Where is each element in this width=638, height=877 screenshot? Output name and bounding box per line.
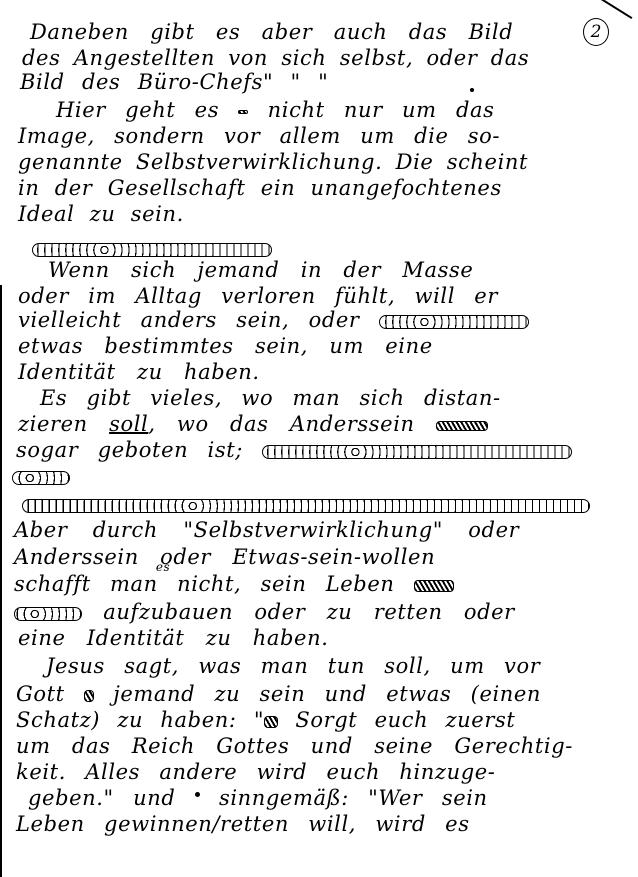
text-line-12: vielleicht anders sein, oder (18, 308, 529, 332)
handwritten-page: 2 Daneben gibt es aber auch das Bild des… (0, 0, 638, 877)
text-line-30: geben." und sinngemäß: "Wer sein (28, 786, 488, 810)
text-line-13: etwas bestimmtes sein, um eine (18, 334, 433, 358)
crossed-out-word (414, 578, 454, 594)
text-line-22: schafft manes​ nicht, sein Leben (14, 572, 454, 596)
text-line-18-crossed (12, 464, 70, 488)
text-line-20: Aber durch "Selbstverwirklichung" oder (14, 518, 519, 542)
text-line-29: keit. Alles andere wird euch hinzuge- (16, 760, 495, 784)
text-line-14: Identität zu haben. (18, 360, 260, 384)
crossed-out-phrase (262, 443, 572, 461)
crossed-out-word (12, 469, 70, 487)
crossed-out-word (379, 313, 529, 331)
crossed-out-phrase (32, 241, 272, 259)
text-line-8: Ideal zu sein. (18, 202, 184, 226)
text-line-4: Hier geht es nicht nur um das (56, 98, 495, 122)
corner-pen-mark (597, 0, 632, 19)
scan-edge-line (0, 285, 2, 877)
text-line-6: genannte Selbstverwirklichung. Die schei… (18, 150, 528, 174)
text-line-28: um das Reich Gottes und seine Gerechtig- (16, 734, 573, 758)
crossed-out-word (436, 419, 488, 433)
crossed-out-word (264, 714, 278, 730)
text-line-25: Jesus sagt, was man tun soll, um vor (46, 654, 540, 678)
ink-dot (470, 88, 474, 92)
crossed-out-word (14, 605, 82, 623)
text-line-15: Es gibt vieles, wo man sich distan- (40, 386, 501, 410)
ink-blot (195, 792, 200, 797)
text-line-17: sogar geboten ist; (16, 438, 572, 462)
text-line-24: eine Identität zu haben. (18, 626, 328, 650)
crossed-out-word (84, 688, 94, 704)
text-line-23: aufzubauen oder zu retten oder (14, 600, 515, 624)
crossed-out-phrase (22, 497, 590, 515)
text-line-11: oder im Alltag verloren fühlt, will er (18, 284, 498, 308)
text-line-10: Wenn sich jemand in der Masse (48, 258, 473, 282)
text-line-3: Bild des Büro-Chefs" " " (20, 70, 328, 94)
text-line-1: Daneben gibt es aber auch das Bild (30, 20, 513, 44)
text-line-5: Image, sondern vor allem um die so- (18, 124, 500, 148)
text-line-21: Anderssein oder Etwas-sein-wollen (14, 545, 435, 569)
text-line-7: in der Gesellschaft ein unangefochtenes (18, 176, 502, 200)
text-line-19-crossed (22, 492, 590, 516)
text-line-31: Leben gewinnen/retten will, wird es (16, 812, 470, 836)
text-line-27: Schatz) zu haben: " Sorgt euch zuerst (16, 708, 515, 732)
text-line-16: zieren soll, wo das Anderssein (18, 412, 488, 436)
text-line-9-crossed (32, 236, 272, 260)
text-line-2: des Angestellten von sich selbst, oder d… (22, 46, 529, 70)
page-number: 2 (583, 18, 609, 46)
crossed-out-word (238, 108, 248, 116)
text-line-26: Gott jemand zu sein und etwas (einen (16, 682, 541, 706)
